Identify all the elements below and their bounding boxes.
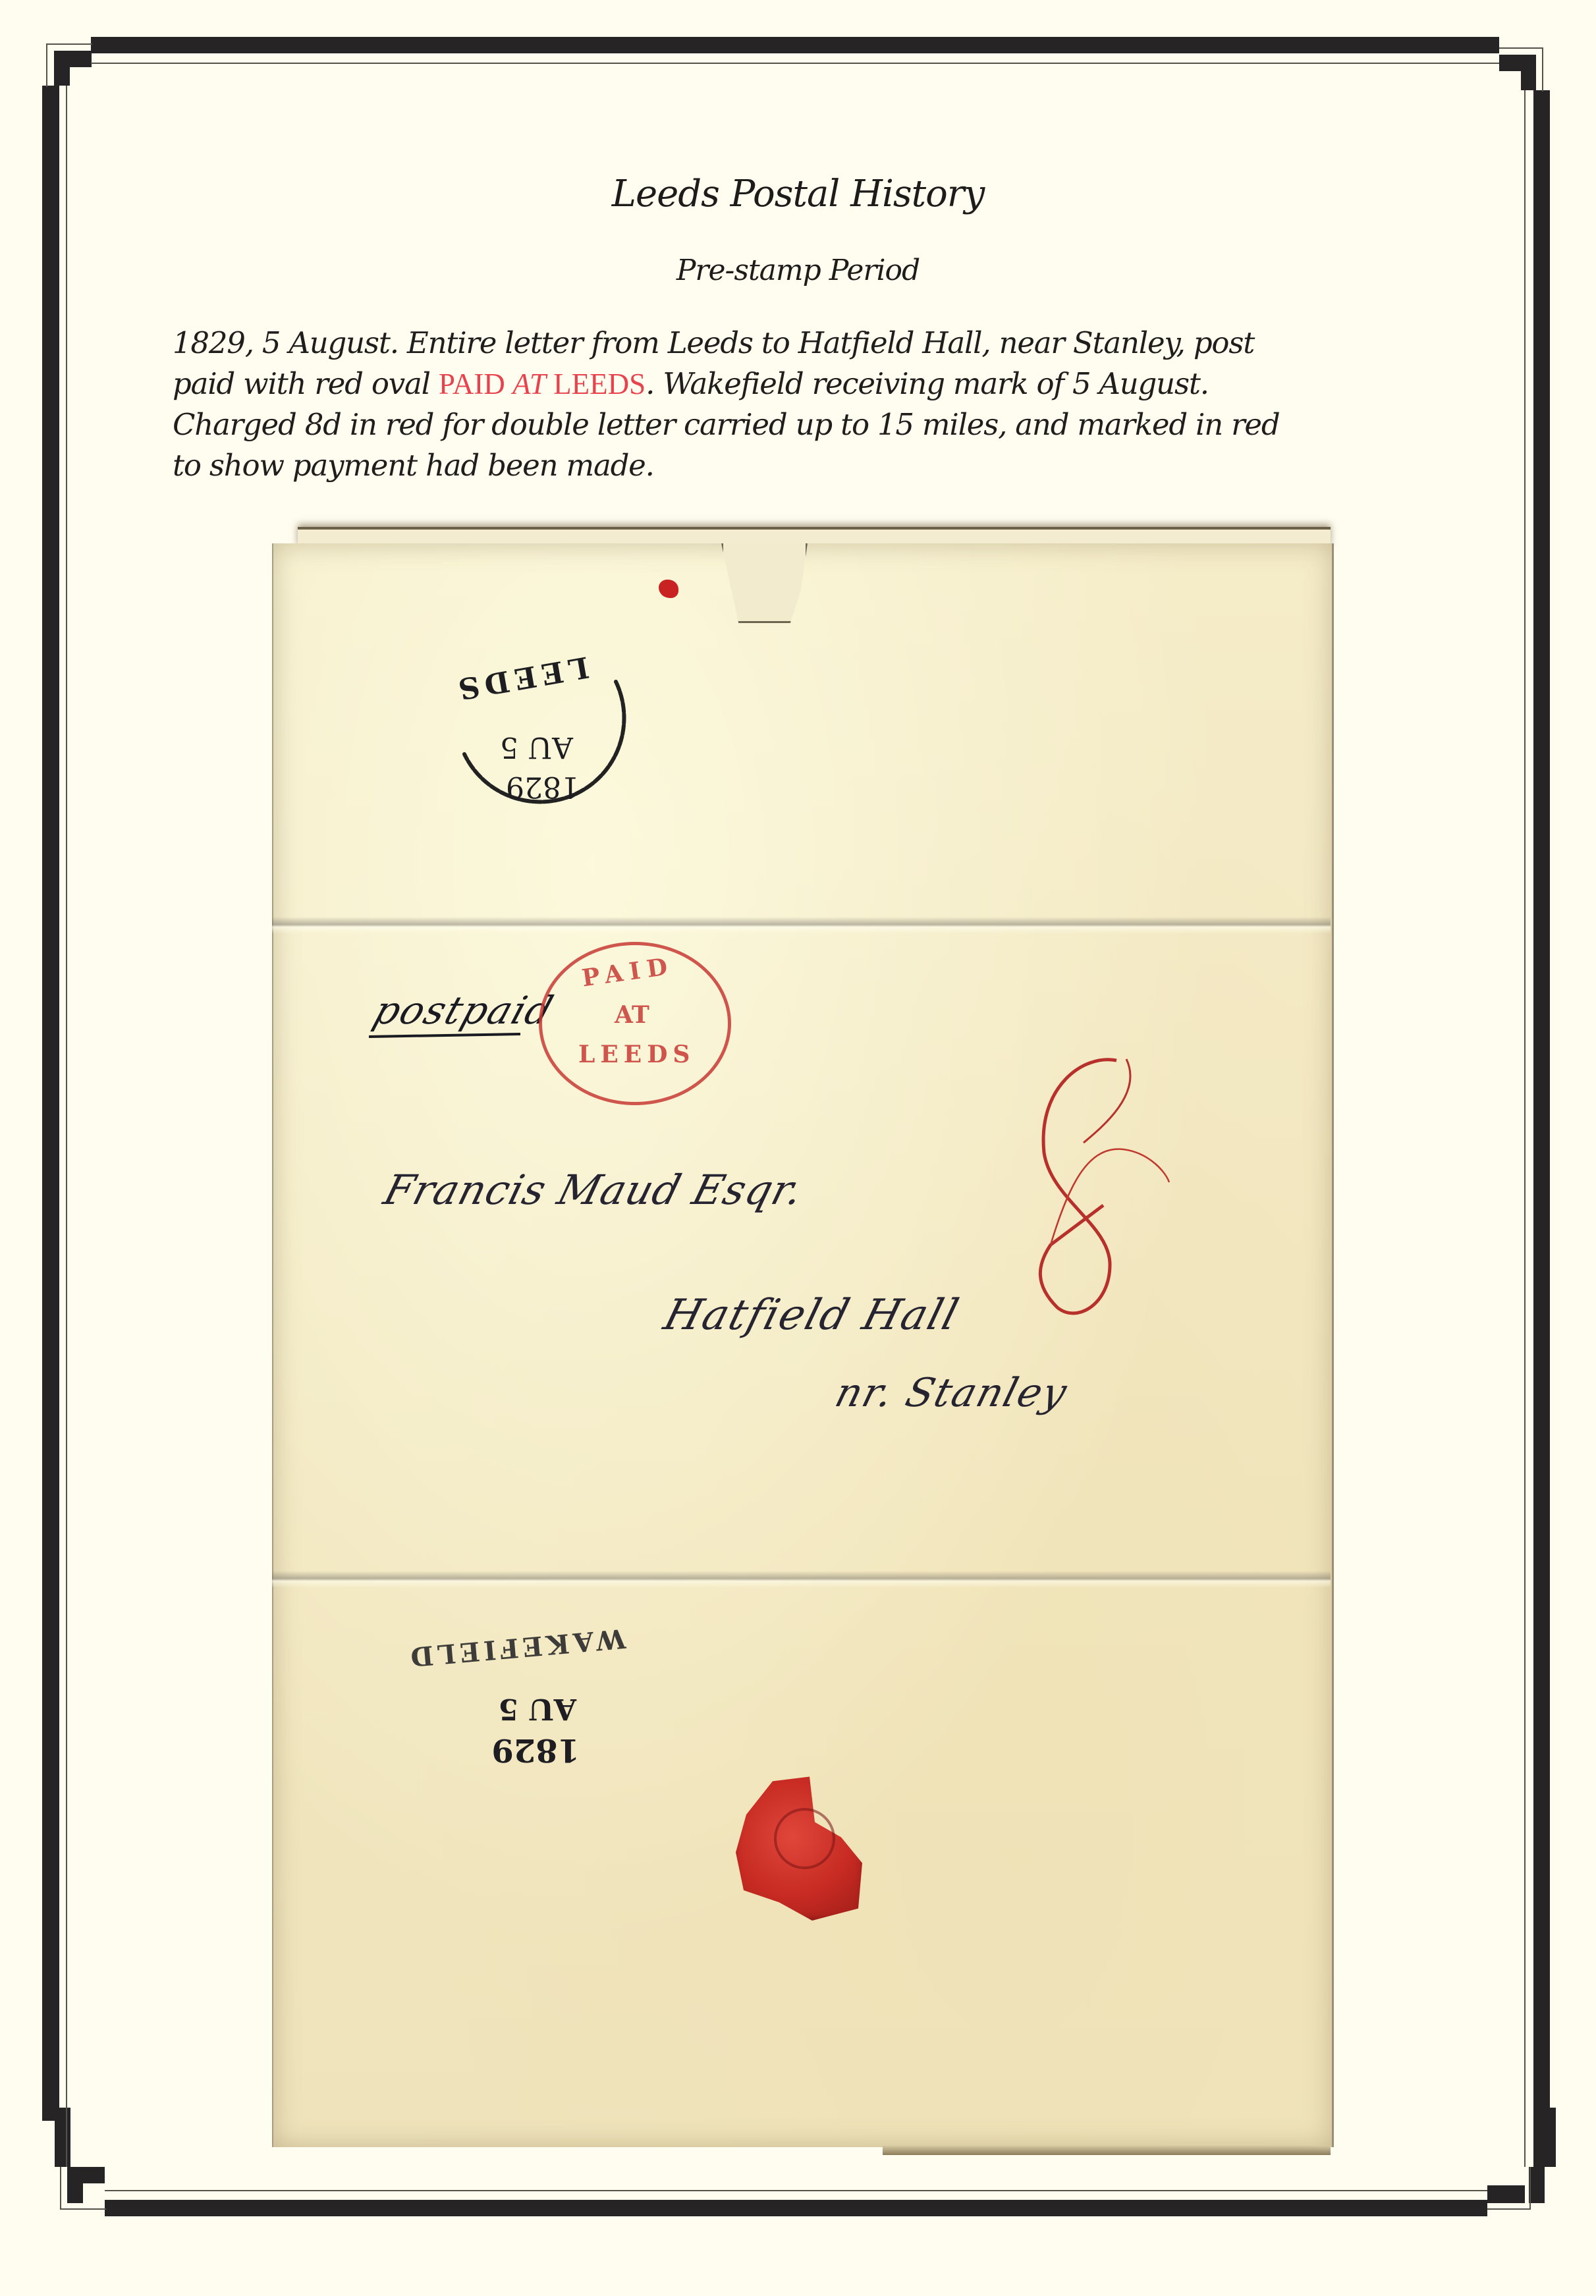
paid-stamp-line-1: PAID [580,952,676,992]
frame-outer-line-bl [60,2167,106,2210]
frame-left-bar [42,86,59,2121]
frame-inner-line-top [91,63,1499,64]
wakefield-postmark-date: AU 5 [499,1692,576,1726]
frame-outer-line-tl [46,43,92,87]
frame-outer-line-tr [1499,47,1543,92]
leeds-postmark-year: 1829 [506,770,580,804]
frame-inner-line-right [1524,90,1526,2167]
frame-inner-line-left [66,86,67,2167]
paid-at-leeds-stamp: PAID AT LEEDS [539,942,731,1105]
highlight-at: AT [512,368,546,400]
frame-inner-line-bottom [105,2190,1487,2191]
letter-fold-upper [272,917,1331,934]
address-line-3: nr. Stanley [831,1370,1073,1416]
page-title: Leeds Postal History [0,173,1596,215]
paid-stamp-line-2: AT [615,1001,649,1029]
address-line-2: Hatfield Hall [659,1291,964,1340]
manuscript-postpaid: postpaid [375,988,553,1033]
leeds-postmark: LEEDS AU 5 1829 [445,649,642,846]
corner-br-c [1540,2108,1556,2167]
frame-outer-line-br [1487,2167,1531,2210]
leeds-postmark-date: AU 5 [500,730,573,764]
paid-at-leeds-highlight: PAID AT LEEDS [439,368,646,400]
highlight-leeds: LEEDS [546,368,646,400]
frame-bottom-bar [105,2200,1487,2216]
corner-br-b [1529,2167,1545,2203]
description-line-2: paid with red oval PAID AT LEEDS. Wakefi… [173,364,1424,404]
description-line-4: to show payment had been made. [173,445,1424,486]
corner-bl-c [55,2108,70,2167]
address-line-1: Francis Maud Esqr. [379,1166,808,1214]
description-paragraph: 1829, 5 August. Entire letter from Leeds… [173,323,1424,486]
description-line-2-start: paid with red oval [173,366,439,401]
red-eight-icon [1018,1047,1189,1324]
wakefield-postmark-year: 1829 [491,1732,580,1768]
paid-stamp-line-3: LEEDS [578,1041,695,1068]
wax-seal-impression [774,1808,835,1869]
description-line-2-end: . Wakefield receiving mark of 5 August. [646,366,1209,401]
postpaid-text: postpaid [368,988,560,1033]
page-subtitle: Pre-stamp Period [0,254,1596,287]
wakefield-postmark: WAKEFIELD AU 5 1829 [441,1627,639,1824]
description-line-3: Charged 8d in red for double letter carr… [173,404,1424,445]
frame-right-bar [1533,90,1550,2167]
frame-top-bar [91,37,1499,53]
highlight-paid: PAID [439,368,512,400]
letter-fold-lower [272,1571,1331,1588]
description-line-1: 1829, 5 August. Entire letter from Leeds… [173,323,1424,364]
letter-bottom-edge [883,2146,1331,2155]
charge-mark-8 [1018,1047,1189,1324]
